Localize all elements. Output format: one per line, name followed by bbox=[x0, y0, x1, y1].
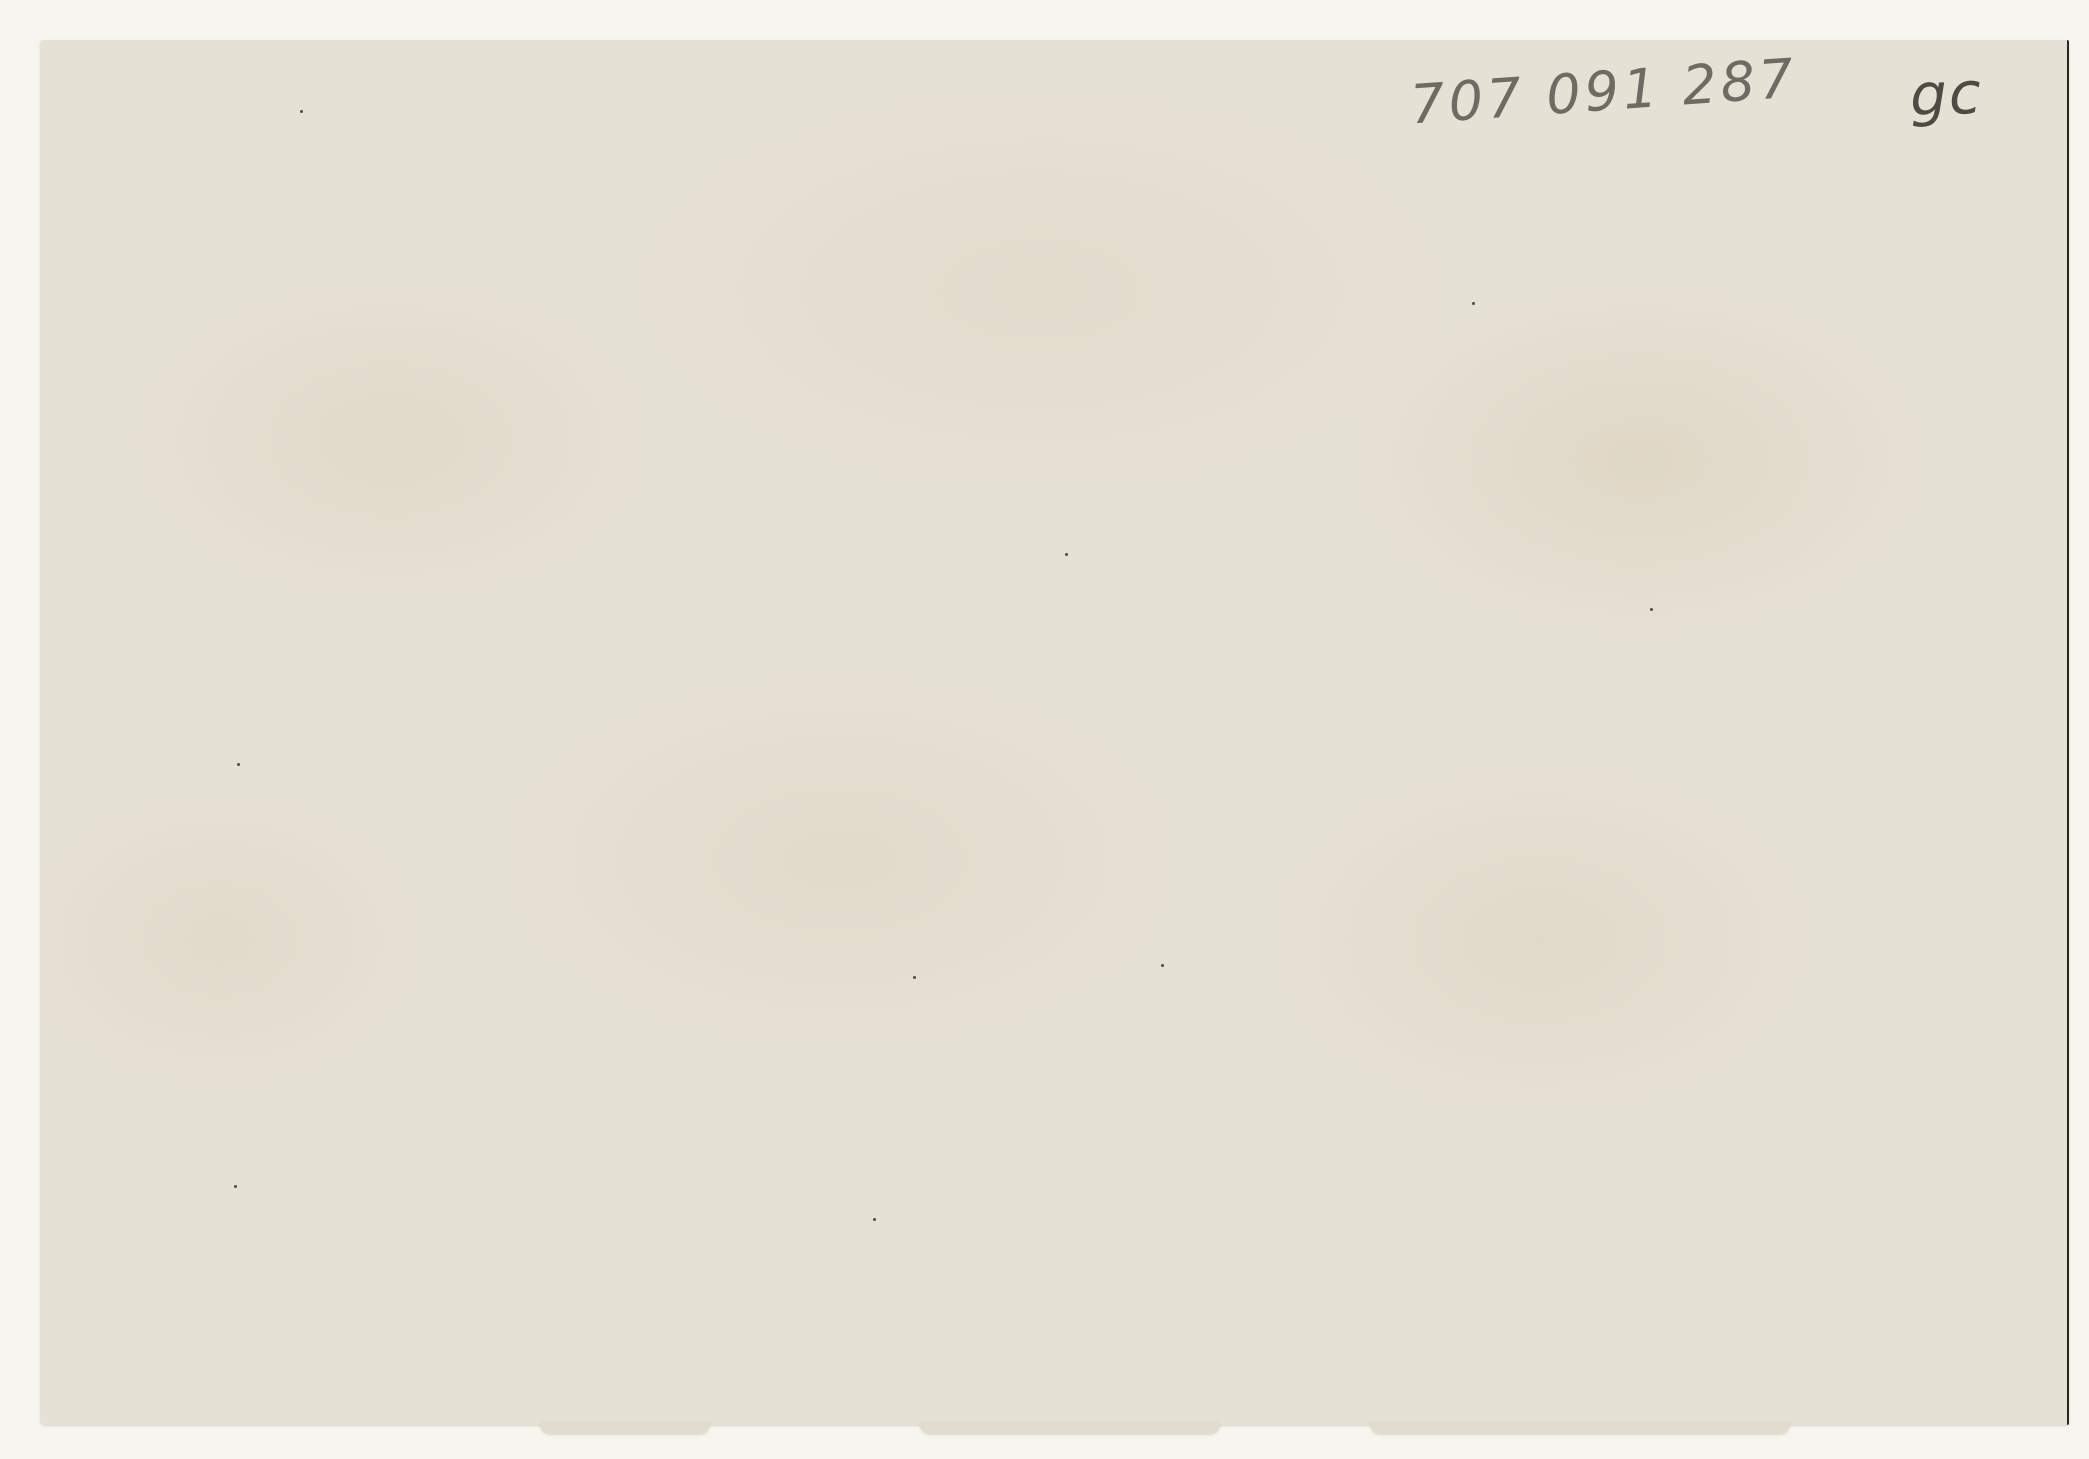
paper-speck bbox=[1161, 964, 1164, 967]
paper-speck bbox=[913, 976, 916, 979]
paper-speck bbox=[1065, 553, 1068, 556]
paper-speck bbox=[234, 1185, 237, 1188]
paper-speck bbox=[300, 110, 303, 113]
paper-speck bbox=[873, 1218, 876, 1221]
paper-bottom-edge bbox=[1370, 1421, 1790, 1433]
paper-sheet: 707 091 287 gc bbox=[40, 40, 2069, 1425]
paper-speck bbox=[237, 763, 240, 766]
paper-bottom-edge bbox=[920, 1421, 1220, 1433]
pencil-inscription-code: gc bbox=[1909, 59, 1984, 129]
paper-speck bbox=[1472, 302, 1475, 305]
pencil-inscription-number: 707 091 287 bbox=[1408, 47, 1799, 137]
paper-speck bbox=[1650, 608, 1653, 611]
paper-bottom-edge bbox=[540, 1421, 710, 1433]
scan-bed: 707 091 287 gc bbox=[0, 0, 2089, 1459]
